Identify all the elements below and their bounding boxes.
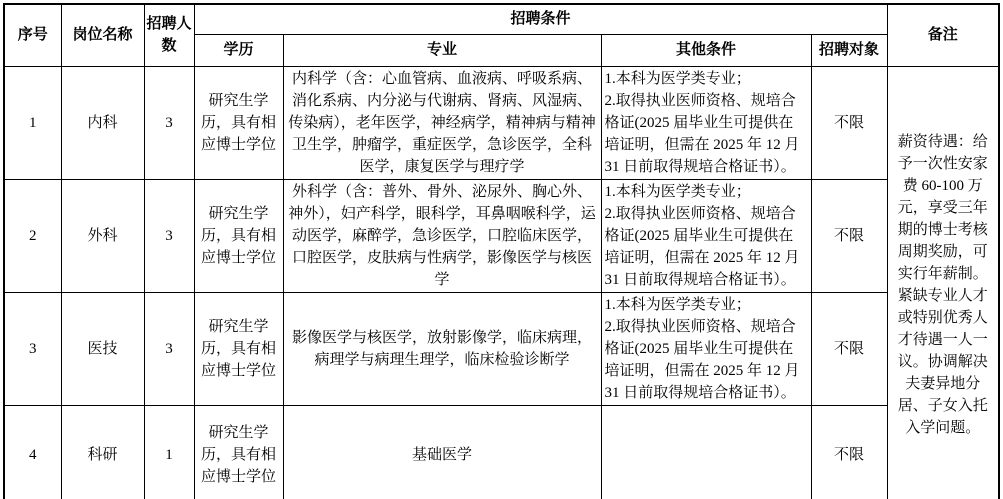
- cell-position: 科研: [61, 405, 144, 499]
- header-target: 招聘对象: [811, 34, 887, 66]
- cell-count: 1: [144, 405, 194, 499]
- cell-major: 基础医学: [283, 405, 601, 499]
- cell-seq: 2: [4, 179, 61, 292]
- table-row: 4 科研 1 研究生学历，具有相应博士学位 基础医学 不限: [4, 405, 999, 499]
- recruitment-positions-table: 序号 岗位名称 招聘人数 招聘条件 备注 学历 专业 其他条件 招聘对象 1 内…: [3, 3, 1000, 499]
- cell-seq: 3: [4, 292, 61, 405]
- cell-seq: 4: [4, 405, 61, 499]
- cell-major: 外科学（含：普外、骨外、泌尿外、胸心外、神外），妇产科学，眼科学，耳鼻咽喉科学，…: [283, 179, 601, 292]
- cell-remarks: 薪资待遇：给予一次性安家费 60-100 万元，享受三年期的博士考核周期奖励，可…: [887, 66, 999, 499]
- cell-target: 不限: [811, 66, 887, 179]
- header-major: 专业: [283, 34, 601, 66]
- header-conditions-group: 招聘条件: [194, 4, 887, 34]
- header-position: 岗位名称: [61, 4, 144, 66]
- cell-position: 外科: [61, 179, 144, 292]
- header-other: 其他条件: [601, 34, 811, 66]
- header-education: 学历: [194, 34, 283, 66]
- cell-target: 不限: [811, 292, 887, 405]
- cell-education: 研究生学历，具有相应博士学位: [194, 405, 283, 499]
- cell-education: 研究生学历，具有相应博士学位: [194, 66, 283, 179]
- cell-seq: 1: [4, 66, 61, 179]
- cell-count: 3: [144, 179, 194, 292]
- header-count: 招聘人数: [144, 4, 194, 66]
- cell-count: 3: [144, 292, 194, 405]
- cell-major: 内科学（含：心血管病、血液病、呼吸系病、消化系病、内分泌与代谢病、肾病、风湿病、…: [283, 66, 601, 179]
- header-remarks: 备注: [887, 4, 999, 66]
- cell-count: 3: [144, 66, 194, 179]
- cell-target: 不限: [811, 179, 887, 292]
- cell-major: 影像医学与核医学，放射影像学，临床病理，病理学与病理生理学，临床检验诊断学: [283, 292, 601, 405]
- cell-other-conditions: 1.本科为医学类专业； 2.取得执业医师资格、规培合格证(2025 届毕业生可提…: [601, 66, 811, 179]
- table-row: 2 外科 3 研究生学历，具有相应博士学位 外科学（含：普外、骨外、泌尿外、胸心…: [4, 179, 999, 292]
- cell-position: 内科: [61, 66, 144, 179]
- header-seq: 序号: [4, 4, 61, 66]
- cell-education: 研究生学历，具有相应博士学位: [194, 292, 283, 405]
- cell-other-conditions: 1.本科为医学类专业； 2.取得执业医师资格、规培合格证(2025 届毕业生可提…: [601, 179, 811, 292]
- cell-position: 医技: [61, 292, 144, 405]
- cell-target: 不限: [811, 405, 887, 499]
- cell-other-conditions: [601, 405, 811, 499]
- cell-education: 研究生学历，具有相应博士学位: [194, 179, 283, 292]
- cell-other-conditions: 1.本科为医学类专业； 2.取得执业医师资格、规培合格证(2025 届毕业生可提…: [601, 292, 811, 405]
- table-row: 1 内科 3 研究生学历，具有相应博士学位 内科学（含：心血管病、血液病、呼吸系…: [4, 66, 999, 179]
- document-canvas: 序号 岗位名称 招聘人数 招聘条件 备注 学历 专业 其他条件 招聘对象 1 内…: [0, 0, 1003, 499]
- table-row: 3 医技 3 研究生学历，具有相应博士学位 影像医学与核医学，放射影像学，临床病…: [4, 292, 999, 405]
